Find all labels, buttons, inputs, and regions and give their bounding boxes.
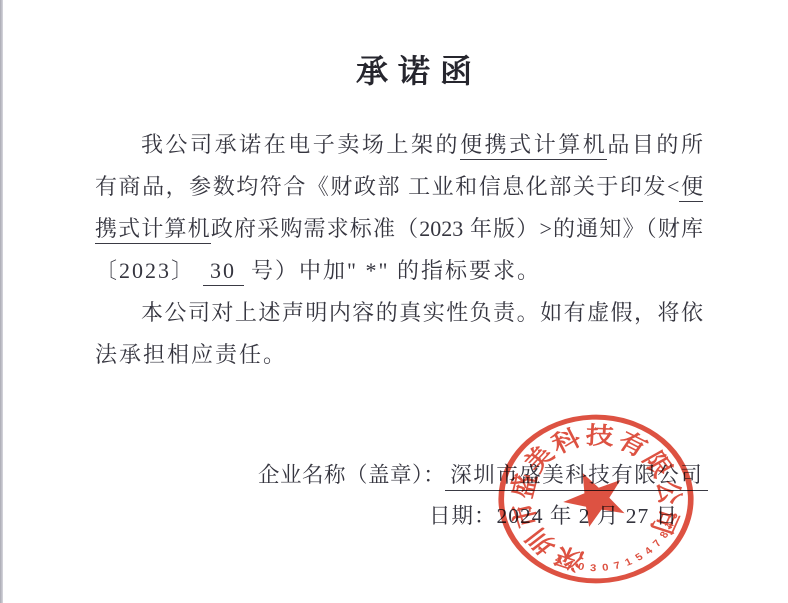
body-text: 我公司承诺在电子卖场上架的 — [141, 132, 460, 157]
body-lines: 我公司承诺在电子卖场上架的便携式计算机品目的所有商品，参数均符合《财政部 工业和… — [95, 124, 703, 376]
seal-code-digit: 0 — [601, 562, 609, 574]
seal-code-digit: 7 — [651, 538, 665, 549]
body-text: 〔2023〕 — [95, 258, 203, 283]
seal-ring-char: 盛 — [507, 471, 543, 500]
seal-rotated-group: 深圳市盛美科技有限公司 4403071547843 — [493, 410, 699, 588]
body-text: 号）中加" *" 的指标要求。 — [244, 258, 541, 283]
body-text: 政府采购需求标准（2023 年版）>的通知》（财库 — [211, 216, 703, 241]
seal-star-icon — [554, 462, 635, 531]
body-text: 本公司对上述声明内容的真实性负责。如有虚假，将依 — [141, 300, 703, 325]
company-label: 企业名称（盖章）： — [258, 463, 445, 487]
body-text: 有商品，参数均符合《财政部 工业和信息化部关于印发< — [95, 174, 679, 199]
scan-edge-artifact — [0, 0, 3, 603]
body-line: 有商品，参数均符合《财政部 工业和信息化部关于印发<便 — [95, 166, 703, 208]
seal-code-digit: 3 — [590, 563, 597, 574]
seal-ring-char: 技 — [585, 422, 614, 450]
body-line: 法承担相应责任。 — [95, 334, 703, 376]
seal-ring-char: 市 — [507, 500, 544, 530]
seal-code-digit: 4 — [642, 545, 655, 557]
body-line: 本公司对上述声明内容的真实性负责。如有虚假，将依 — [95, 292, 703, 334]
company-seal: 深圳市盛美科技有限公司 4403071547843 — [493, 410, 699, 588]
document-page: 承诺函 我公司承诺在电子卖场上架的便携式计算机品目的所有商品，参数均符合《财政部… — [0, 0, 788, 603]
body-line: 携式计算机政府采购需求标准（2023 年版）>的通知》（财库 — [95, 208, 703, 250]
underlined-text: 携式计算机 — [95, 216, 211, 244]
body-line: 〔2023〕 30 号）中加" *" 的指标要求。 — [95, 250, 703, 292]
underlined-text: 30 — [203, 258, 244, 286]
seal-ring-char: 公 — [652, 479, 686, 506]
body-line: 我公司承诺在电子卖场上架的便携式计算机品目的所 — [95, 124, 703, 166]
seal-graphic: 深圳市盛美科技有限公司 4403071547843 — [493, 410, 699, 588]
date-label: 日期： — [429, 504, 497, 528]
body-text: 品目的所 — [607, 132, 703, 157]
seal-code-digit: 5 — [633, 551, 645, 563]
seal-code-digit: 7 — [612, 560, 622, 572]
seal-code-digit: 1 — [623, 556, 634, 568]
doc-title: 承诺函 — [356, 46, 482, 92]
seal-code-digit: 0 — [577, 561, 586, 573]
body-text: 法承担相应责任。 — [95, 342, 287, 367]
underlined-text: 便 — [679, 174, 703, 202]
underlined-text: 便携式计算机 — [460, 132, 607, 160]
